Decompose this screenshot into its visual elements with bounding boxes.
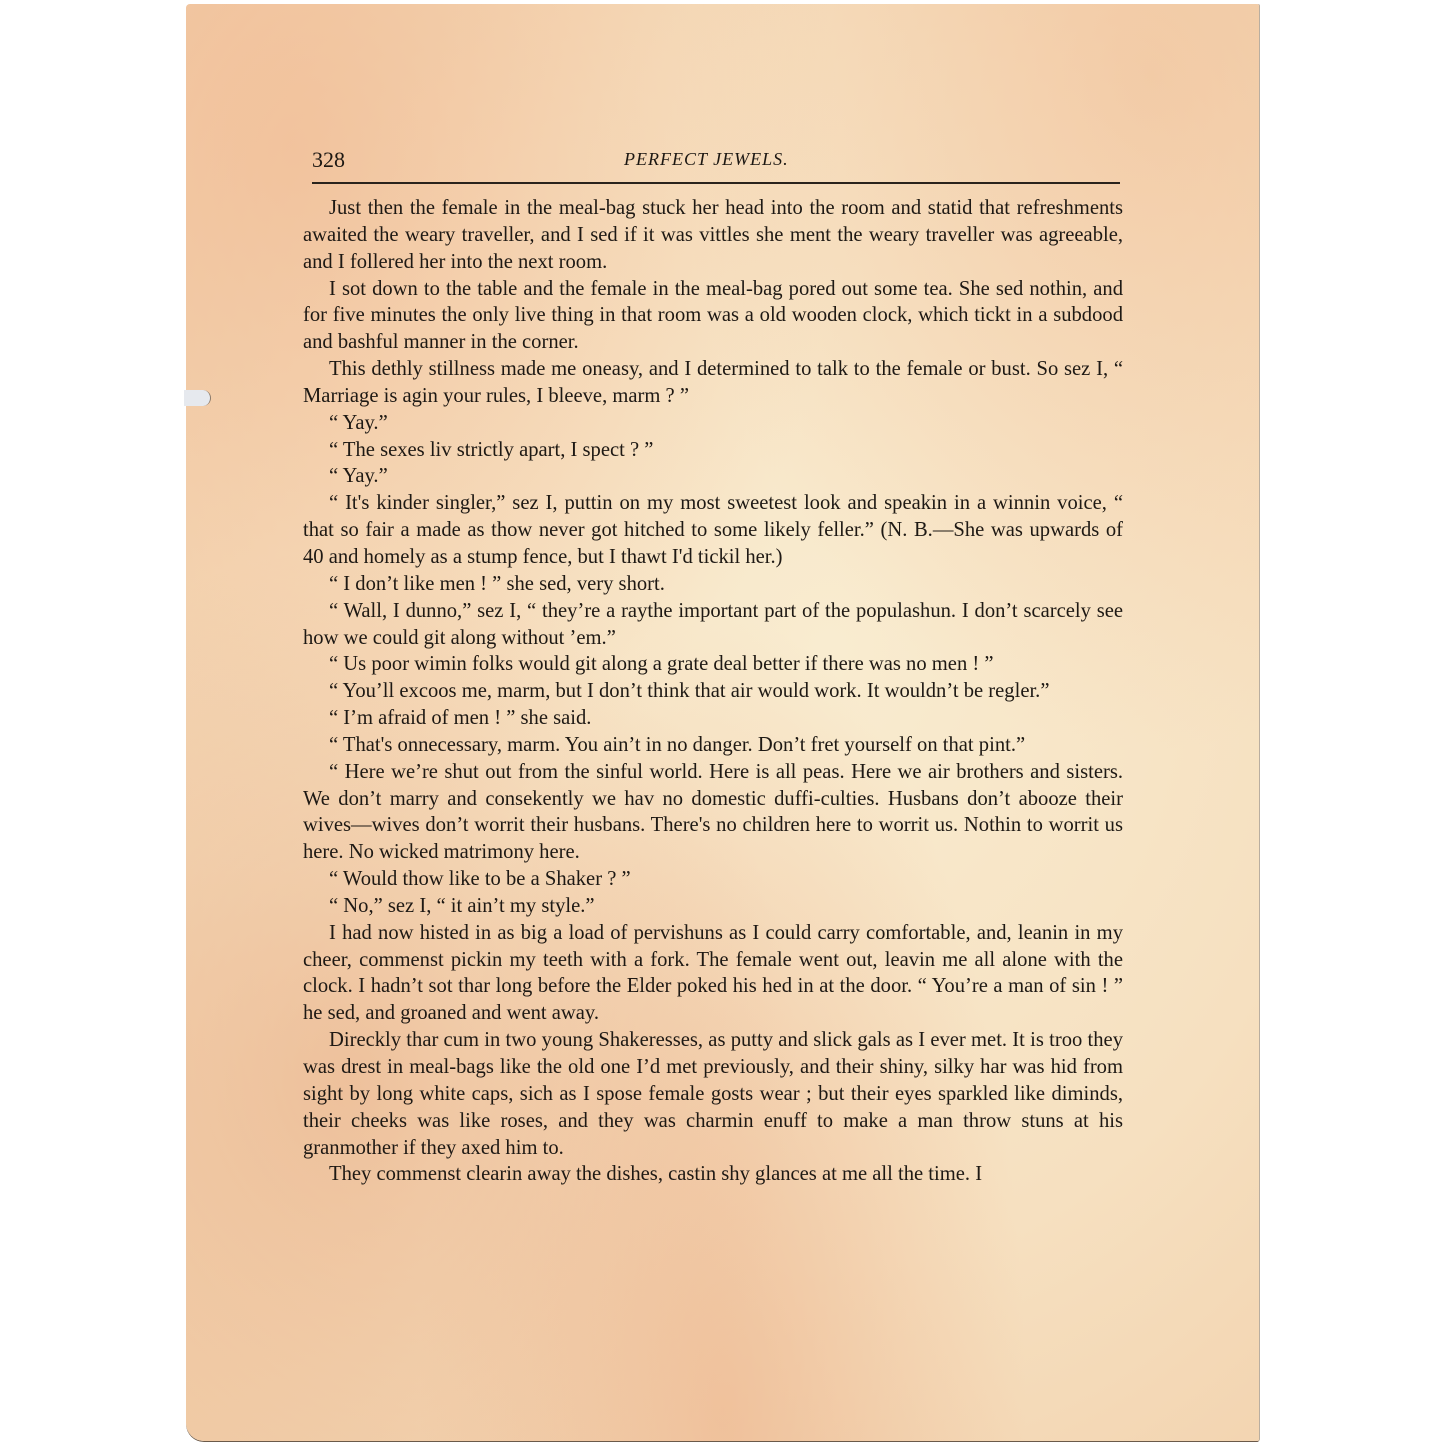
paragraph: They commenst clearin away the dishes, c… bbox=[303, 1161, 1123, 1188]
page-number: 328 bbox=[312, 147, 345, 173]
paragraph: “ That's onnecessary, marm. You ain’t in… bbox=[303, 732, 1123, 759]
paragraph: “ It's kinder singler,” sez I, puttin on… bbox=[303, 490, 1123, 571]
paragraph: “ I don’t like men ! ” she sed, very sho… bbox=[303, 571, 1123, 598]
paragraph: I sot down to the table and the female i… bbox=[303, 276, 1123, 357]
book-page: 328 PERFECT JEWELS. Just then the female… bbox=[186, 4, 1259, 1441]
paragraph: I had now histed in as big a load of per… bbox=[303, 920, 1123, 1027]
paragraph: “ The sexes liv strictly apart, I spect … bbox=[303, 437, 1123, 464]
header-rule bbox=[312, 182, 1120, 184]
paragraph: “ I’m afraid of men ! ” she said. bbox=[303, 705, 1123, 732]
paragraph: “ Here we’re shut out from the sinful wo… bbox=[303, 759, 1123, 866]
paragraph: Just then the female in the meal-bag stu… bbox=[303, 195, 1123, 276]
paragraph: “ Would thow like to be a Shaker ? ” bbox=[303, 866, 1123, 893]
paragraph: “ Yay.” bbox=[303, 410, 1123, 437]
paragraph: “ You’ll excoos me, marm, but I don’t th… bbox=[303, 678, 1123, 705]
running-title: PERFECT JEWELS. bbox=[624, 149, 789, 170]
paragraph: Direckly thar cum in two young Shakeress… bbox=[303, 1027, 1123, 1161]
paragraph: “ Wall, I dunno,” sez I, “ they’re a ray… bbox=[303, 598, 1123, 652]
paragraph: “ No,” sez I, “ it ain’t my style.” bbox=[303, 893, 1123, 920]
page-header: 328 PERFECT JEWELS. bbox=[312, 145, 1122, 181]
paragraph: This dethly stillness made me oneasy, an… bbox=[303, 356, 1123, 410]
body-text: Just then the female in the meal-bag stu… bbox=[303, 195, 1123, 1188]
paragraph: “ Yay.” bbox=[303, 463, 1123, 490]
paragraph: “ Us poor wimin folks would git along a … bbox=[303, 651, 1123, 678]
page-edge-tear bbox=[184, 390, 211, 406]
